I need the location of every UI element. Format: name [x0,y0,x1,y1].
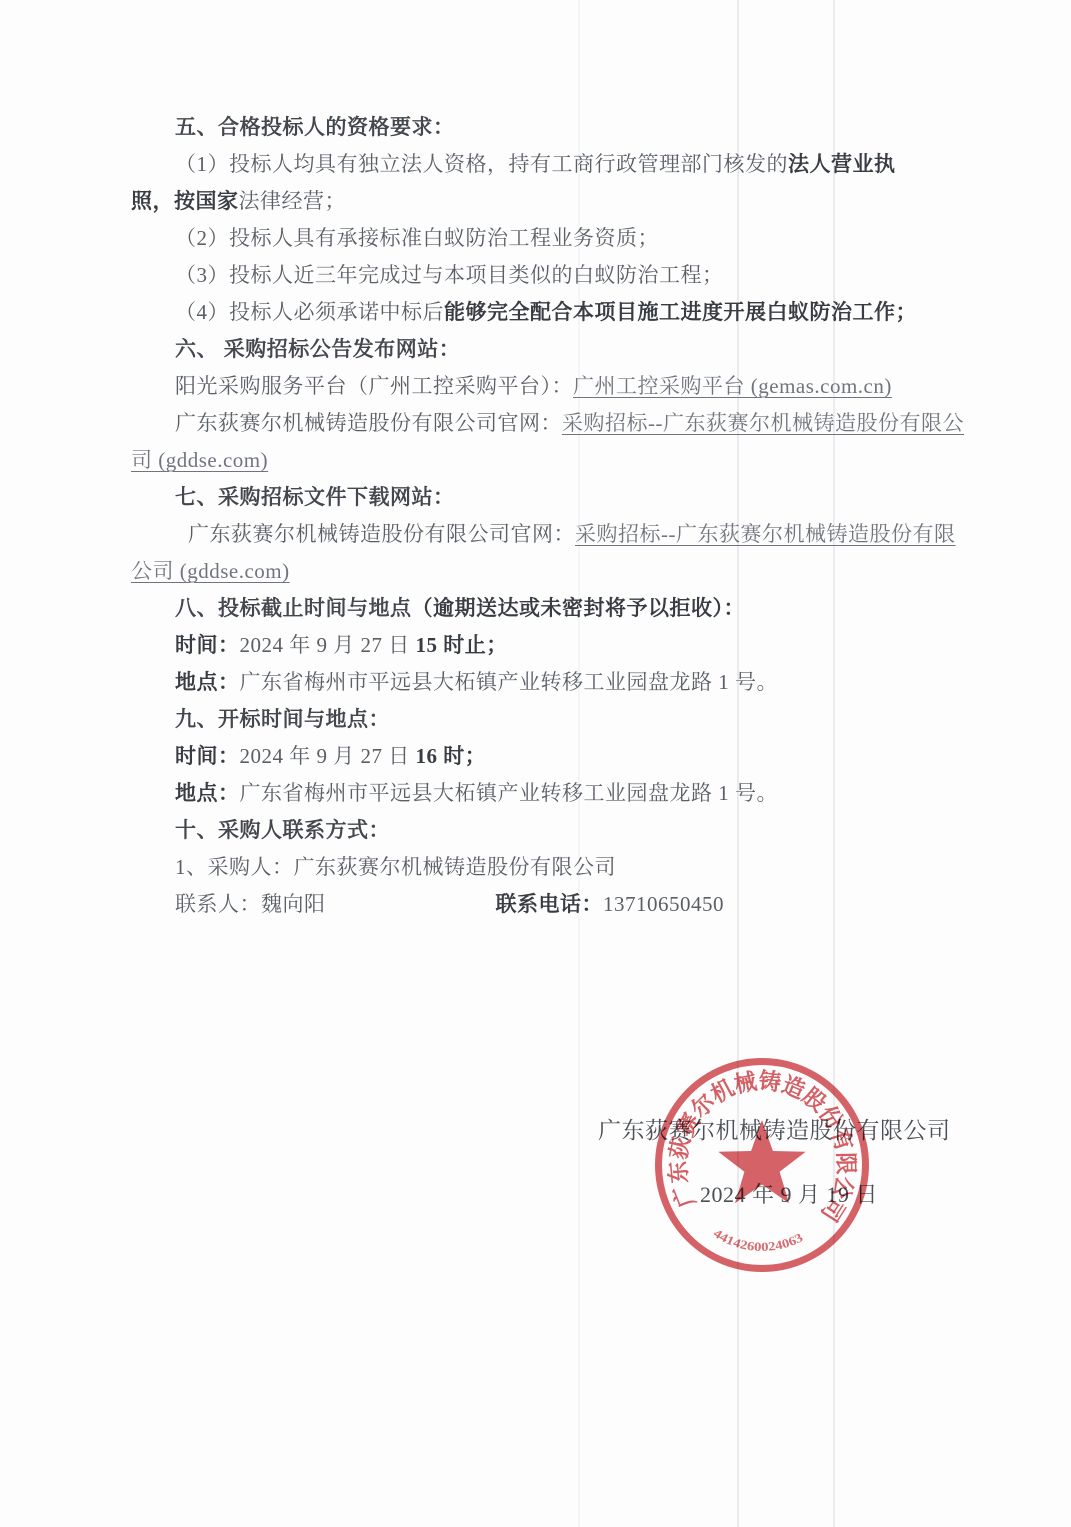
doc-line: 照，按国家法律经营； [131,183,953,220]
text-run: 15 时止； [416,633,508,657]
document-body: 五、合格投标人的资格要求： （1）投标人均具有独立法人资格，持有工商行政管理部门… [131,109,953,923]
text-run: 时间： [175,744,240,768]
text-run: 阳光采购服务平台（广州工控采购平台）： [175,374,573,398]
contact-phone-number: 13710650450 [603,892,724,916]
gddse-announce-link-part2[interactable]: 司 (gddse.com) [131,448,268,472]
doc-line: （4）投标人必须承诺中标后能够完全配合本项目施工进度开展白蚁防治工作； [131,294,953,331]
doc-line: （3）投标人近三年完成过与本项目类似的白蚁防治工程； [131,257,953,294]
text-run: （逾期送达或未密封将予以拒收）： [412,596,746,620]
text-run: （2）投标人具有承接标准白蚁防治工程业务资质； [175,226,659,250]
doc-line: 阳光采购服务平台（广州工控采购平台）：广州工控采购平台 (gemas.com.c… [131,368,953,405]
contact-phone-label: 联系电话： [496,892,604,916]
doc-line: 司 (gddse.com) [131,442,953,479]
text-run: 法律经营； [239,189,347,213]
text-run: 九、开标时间与地点： [175,707,390,731]
text-run: （4）投标人必须承诺中标后 [175,300,444,324]
doc-line: 广东荻赛尔机械铸造股份有限公司官网：采购招标--广东荻赛尔机械铸造股份有限公 [131,405,953,442]
scanned-document-page: 五、合格投标人的资格要求： （1）投标人均具有独立法人资格，持有工商行政管理部门… [0,0,1071,1527]
text-run: 十、采购人联系方式： [175,818,390,842]
text-run: （3）投标人近三年完成过与本项目类似的白蚁防治工程； [175,263,724,287]
text-run: 法人营业执 [788,152,896,176]
text-run: 地点： [175,781,240,805]
text-run: （1）投标人均具有独立法人资格，持有工商行政管理部门核发的 [175,152,788,176]
section-10-heading: 十、采购人联系方式： [131,812,953,849]
text-run: 六、 采购招标公告发布网站： [175,337,460,361]
svg-text:4414260024063: 4414260024063 [711,1226,805,1254]
seal-star [718,1120,805,1203]
opening-time-line: 时间：2024 年 9 月 27 日 16 时； [131,738,953,775]
contact-line: 联系人：魏向阳联系电话：13710650450 [131,886,953,923]
deadline-time-line: 时间：2024 年 9 月 27 日 15 时止； [131,627,953,664]
text-run: 地点： [175,670,240,694]
gddse-download-link-part1[interactable]: 采购招标--广东荻赛尔机械铸造股份有限 [575,522,956,546]
contact-person-label: 联系人： [175,892,261,916]
text-run: 广东荻赛尔机械铸造股份有限公司官网： [175,411,562,435]
text-run: 能够完全配合本项目施工进度开展白蚁防治工作； [444,300,917,324]
text-run: 广东省梅州市平远县大柘镇产业转移工业园盘龙路 1 号。 [240,670,779,694]
section-6-heading: 六、 采购招标公告发布网站： [131,331,953,368]
deadline-place-line: 地点：广东省梅州市平远县大柘镇产业转移工业园盘龙路 1 号。 [131,664,953,701]
gemas-platform-link[interactable]: 广州工控采购平台 (gemas.com.cn) [573,374,892,398]
contact-person-name: 魏向阳 [261,892,326,916]
section-5-heading: 五、合格投标人的资格要求： [131,109,953,146]
text-run: 广东荻赛尔机械铸造股份有限公司官网： [188,522,575,546]
text-run: 时间： [175,633,240,657]
text-run: 八、投标截止时间与地点 [175,596,412,620]
text-run: 五、合格投标人的资格要求： [175,115,455,139]
purchaser-line: 1、采购人：广东荻赛尔机械铸造股份有限公司 [131,849,953,886]
text-run: 1、采购人：广东荻赛尔机械铸造股份有限公司 [175,855,616,879]
doc-line: 公司 (gddse.com) [131,553,953,590]
doc-line: （2）投标人具有承接标准白蚁防治工程业务资质； [131,220,953,257]
text-run: 广东省梅州市平远县大柘镇产业转移工业园盘龙路 1 号。 [240,781,779,805]
opening-place-line: 地点：广东省梅州市平远县大柘镇产业转移工业园盘龙路 1 号。 [131,775,953,812]
text-run: 照，按国家 [131,189,239,213]
doc-line: （1）投标人均具有独立法人资格，持有工商行政管理部门核发的法人营业执 [131,146,953,183]
text-run: 16 时； [416,744,487,768]
section-9-heading: 九、开标时间与地点： [131,701,953,738]
doc-line: 广东荻赛尔机械铸造股份有限公司官网：采购招标--广东荻赛尔机械铸造股份有限 [131,516,953,553]
gddse-download-link-part2[interactable]: 公司 (gddse.com) [131,559,290,583]
text-run: 七、采购招标文件下载网站： [175,485,455,509]
section-7-heading: 七、采购招标文件下载网站： [131,479,953,516]
gddse-announce-link-part1[interactable]: 采购招标--广东荻赛尔机械铸造股份有限公 [562,411,964,435]
section-8-heading: 八、投标截止时间与地点（逾期送达或未密封将予以拒收）： [131,590,953,627]
text-run: 2024 年 9 月 27 日 [240,744,416,768]
company-seal-stamp: 广东荻赛尔机械铸造股份有限公司 4414260024063 [650,1053,874,1277]
text-run: 2024 年 9 月 27 日 [240,633,416,657]
seal-serial-text: 4414260024063 [711,1226,805,1254]
